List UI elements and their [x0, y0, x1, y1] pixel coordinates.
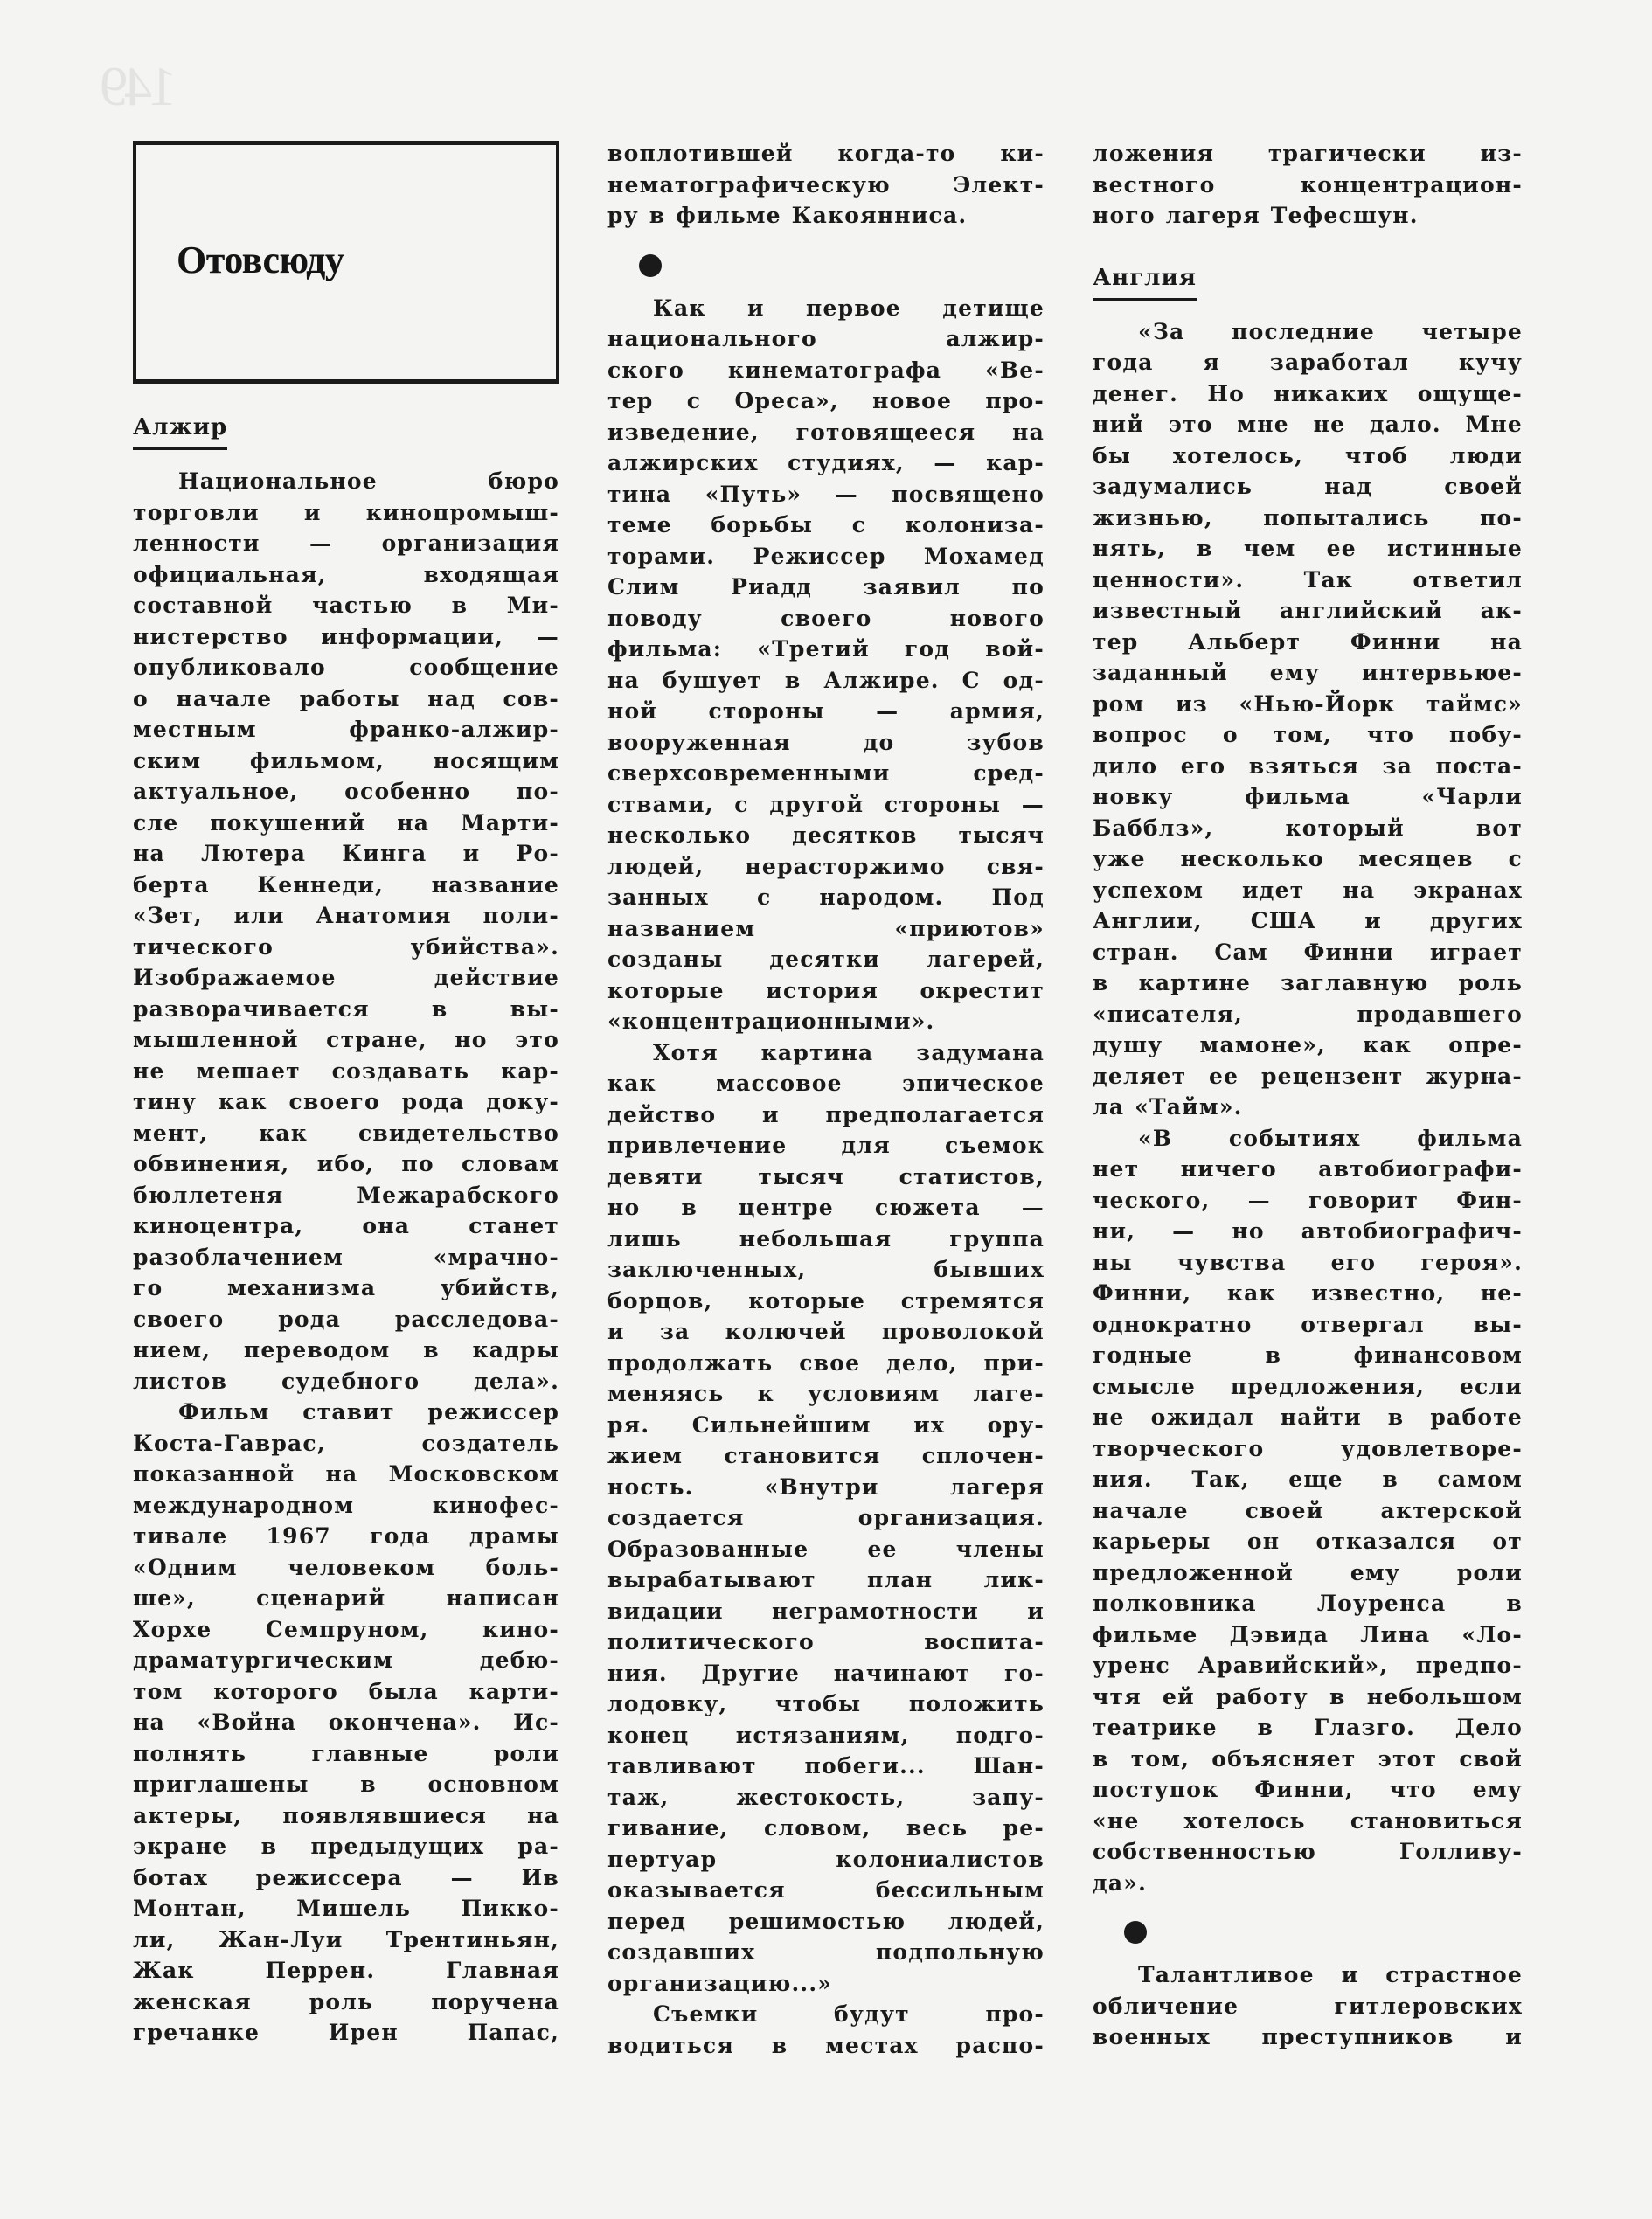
- text-line: тивале 1967 года драмы: [133, 1521, 559, 1552]
- text-line: го механизма убийств,: [133, 1272, 559, 1304]
- bleed-through-page-number: 149: [103, 54, 177, 119]
- text-line: нять, в чем ее истинные: [1093, 533, 1523, 565]
- text-line: бюллетеня Межарабского: [133, 1180, 559, 1211]
- text-line: ствами, с другой стороны —: [607, 789, 1045, 821]
- text-line: да».: [1093, 1868, 1523, 1899]
- text-line: ского кинематографа «Ве-: [607, 355, 1045, 386]
- col3-body-after-bullet: Талантливое и страстноеобличение гитлеро…: [1093, 1959, 1523, 2053]
- text-line: вестного концентрацион-: [1093, 170, 1523, 201]
- text-line: на бушует в Алжире. С од-: [607, 665, 1045, 697]
- text-line: ценности». Так ответил: [1093, 565, 1523, 596]
- text-line: Изображаемое действие: [133, 962, 559, 994]
- text-line: тина «Путь» — посвящено: [607, 479, 1045, 510]
- text-line: своего рода расследова-: [133, 1304, 559, 1335]
- text-line: Образованные ее члены: [607, 1534, 1045, 1565]
- text-line: борцов, которые стремятся: [607, 1286, 1045, 1317]
- text-line: Финни, как известно, не-: [1093, 1278, 1523, 1309]
- text-line: тину как своего рода доку-: [133, 1086, 559, 1118]
- text-line: ни, — но автобиографич-: [1093, 1216, 1523, 1247]
- text-line: ше», сценарий написан: [133, 1583, 559, 1614]
- text-line: гивание, словом, весь ре-: [607, 1813, 1045, 1844]
- text-line: которые история окрестит: [607, 975, 1045, 1007]
- text-line: международном кинофес-: [133, 1490, 559, 1522]
- text-line: в картине заглавную роль: [1093, 967, 1523, 999]
- text-line: показанной на Московском: [133, 1459, 559, 1490]
- text-line: вооруженная до зубов: [607, 727, 1045, 759]
- text-line: ной стороны — армия,: [607, 696, 1045, 727]
- text-line: «концентрационными».: [607, 1006, 1045, 1037]
- text-line: видации неграмотности и: [607, 1596, 1045, 1627]
- text-line: создается организация.: [607, 1502, 1045, 1534]
- text-line: приглашены в основном: [133, 1769, 559, 1800]
- text-line: разворачивается в вы-: [133, 994, 559, 1025]
- text-line: таж, жестокость, запу-: [607, 1782, 1045, 1813]
- text-line: людей, нерасторжимо свя-: [607, 851, 1045, 883]
- text-line: вырабатывают план лик-: [607, 1564, 1045, 1596]
- text-line: как массовое эпическое: [607, 1068, 1045, 1099]
- text-line: Как и первое детище: [607, 293, 1045, 324]
- text-line: года я заработал кучу: [1093, 347, 1523, 378]
- text-line: задумались над своей: [1093, 471, 1523, 503]
- text-line: на Лютера Кинга и Ро-: [133, 838, 559, 870]
- text-line: тавливают побеги... Шан-: [607, 1751, 1045, 1782]
- section-title: Отовсюду: [177, 238, 344, 282]
- spacer: [1093, 232, 1523, 263]
- text-line: нием, переводом в кадры: [133, 1335, 559, 1366]
- text-line: бы хотелось, чтоб люди: [1093, 440, 1523, 472]
- text-line: ния. Другие начинают го-: [607, 1658, 1045, 1689]
- text-line: о начале работы над сов-: [133, 683, 559, 715]
- text-line: привлечение для съемок: [607, 1130, 1045, 1162]
- heading-england: Англия: [1093, 263, 1197, 301]
- text-line: карьеры он отказался от: [1093, 1526, 1523, 1557]
- text-line: созданы десятки лагерей,: [607, 944, 1045, 975]
- text-line: не мешает создавать кар-: [133, 1056, 559, 1087]
- col3-top-body: ложения трагически из-вестного концентра…: [1093, 138, 1523, 232]
- text-line: сле покушений на Марти-: [133, 808, 559, 839]
- text-line: обвинения, ибо, по словам: [133, 1148, 559, 1180]
- text-line: дило его взяться за поста-: [1093, 751, 1523, 782]
- text-line: «За последние четыре: [1093, 316, 1523, 348]
- text-line: листов судебного дела».: [133, 1366, 559, 1397]
- text-line: начале своей актерской: [1093, 1495, 1523, 1527]
- text-line: официальная, входящая: [133, 559, 559, 591]
- text-line: драматургическим дебю-: [133, 1645, 559, 1676]
- text-line: торговли и кинопромыш-: [133, 497, 559, 529]
- text-line: ний это мне не дало. Мне: [1093, 409, 1523, 440]
- col2-body: Как и первое детищенационального алжир-с…: [607, 293, 1045, 2062]
- text-line: мент, как свидетельство: [133, 1118, 559, 1149]
- text-line: ря. Сильнейшим их ору-: [607, 1410, 1045, 1441]
- text-line: местным франко-алжир-: [133, 714, 559, 745]
- text-line: ли, Жан-Луи Трентиньян,: [133, 1924, 559, 1956]
- text-line: фильма: «Третий год вой-: [607, 634, 1045, 665]
- text-line: обличение гитлеровских: [1093, 1991, 1523, 2022]
- text-line: алжирских студиях, — кар-: [607, 447, 1045, 479]
- text-line: заданный ему интервьюе-: [1093, 657, 1523, 689]
- text-line: военных преступников и: [1093, 2021, 1523, 2053]
- text-line: Хотя картина задумана: [607, 1037, 1045, 1069]
- bullet-separator-icon: [1124, 1921, 1147, 1944]
- text-line: опубликовало сообщение: [133, 652, 559, 683]
- text-line: ленности — организация: [133, 528, 559, 559]
- text-line: ла «Тайм».: [1093, 1092, 1523, 1123]
- text-line: уренс Аравийский», предпо-: [1093, 1650, 1523, 1682]
- text-line: водиться в местах распо-: [607, 2030, 1045, 2062]
- text-line: женская роль поручена: [133, 1987, 559, 2018]
- text-line: стран. Сам Финни играет: [1093, 937, 1523, 968]
- text-line: заключенных, бывших: [607, 1254, 1045, 1286]
- bullet-separator-icon: [639, 254, 662, 277]
- text-line: не ожидал найти в работе: [1093, 1402, 1523, 1433]
- text-line: на «Война окончена». Ис-: [133, 1707, 559, 1738]
- text-line: но в центре сюжета —: [607, 1192, 1045, 1224]
- text-line: изведение, готовящееся на: [607, 417, 1045, 448]
- text-line: том которого была карти-: [133, 1676, 559, 1708]
- text-line: гречанке Ирен Папас,: [133, 2017, 559, 2049]
- text-line: «В событиях фильма: [1093, 1123, 1523, 1155]
- text-line: поводу своего нового: [607, 603, 1045, 634]
- text-line: Талантливое и страстное: [1093, 1959, 1523, 1991]
- text-line: составной частью в Ми-: [133, 590, 559, 621]
- text-line: нистерство информации, —: [133, 621, 559, 653]
- text-line: «писателя, продавшего: [1093, 999, 1523, 1030]
- text-line: лодовку, чтобы положить: [607, 1689, 1045, 1720]
- text-line: Бабблз», который вот: [1093, 813, 1523, 844]
- text-line: и за колючей проволокой: [607, 1316, 1045, 1348]
- column-3: ложения трагически из-вестного концентра…: [1093, 138, 1523, 2053]
- text-line: тического убийства».: [133, 932, 559, 963]
- text-line: политического воспита-: [607, 1626, 1045, 1658]
- text-line: в том, объясняет этот свой: [1093, 1744, 1523, 1775]
- text-line: денег. Но никаких ощуще-: [1093, 378, 1523, 410]
- text-line: ру в фильме Какоянниса.: [607, 200, 1045, 232]
- text-line: ложения трагически из-: [1093, 138, 1523, 170]
- text-line: пертуар колониалистов: [607, 1844, 1045, 1876]
- text-line: теме борьбы с колониза-: [607, 510, 1045, 541]
- text-line: уже несколько месяцев с: [1093, 843, 1523, 875]
- text-line: ного лагеря Тефесшун.: [1093, 200, 1523, 232]
- text-line: разоблачением «мрачно-: [133, 1242, 559, 1273]
- text-line: актеры, появлявшиеся на: [133, 1800, 559, 1832]
- text-line: воплотившей когда-то ки-: [607, 138, 1045, 170]
- text-line: ром из «Нью-Йорк таймс»: [1093, 689, 1523, 720]
- text-line: нематографическую Элект-: [607, 170, 1045, 201]
- text-line: годные в финансовом: [1093, 1340, 1523, 1371]
- text-line: несколько десятков тысяч: [607, 820, 1045, 851]
- text-line: тер с Ореса», новое про-: [607, 385, 1045, 417]
- text-line: Национальное бюро: [133, 466, 559, 497]
- text-line: деляет ее рецензент журна-: [1093, 1061, 1523, 1092]
- text-line: занных с народом. Под: [607, 882, 1045, 913]
- text-line: Фильм ставит режиссер: [133, 1397, 559, 1428]
- text-line: предложенной ему роли: [1093, 1557, 1523, 1589]
- text-line: «Одним человеком боль-: [133, 1552, 559, 1584]
- text-line: ческого, — говорит Фин-: [1093, 1185, 1523, 1217]
- text-line: меняясь к условиям лаге-: [607, 1378, 1045, 1410]
- text-line: Хорхе Семпруном, кино-: [133, 1614, 559, 1646]
- text-line: успехом идет на экранах: [1093, 875, 1523, 906]
- text-line: вопрос о том, что побу-: [1093, 719, 1523, 751]
- col2-top-body: воплотившей когда-то ки-нематографическу…: [607, 138, 1045, 232]
- text-line: смысле предложения, если: [1093, 1371, 1523, 1403]
- text-line: экране в предыдущих ра-: [133, 1831, 559, 1862]
- text-line: жием становится сплочен-: [607, 1440, 1045, 1472]
- text-line: Монтан, Мишель Пикко-: [133, 1893, 559, 1924]
- text-line: ность. «Внутри лагеря: [607, 1472, 1045, 1503]
- text-line: киноцентра, она станет: [133, 1210, 559, 1242]
- col3-body: «За последние четырегода я заработал куч…: [1093, 316, 1523, 1899]
- text-line: Коста-Гаврас, создатель: [133, 1428, 559, 1460]
- text-line: театрике в Глазго. Дело: [1093, 1712, 1523, 1744]
- text-line: конец истязаниям, подго-: [607, 1720, 1045, 1751]
- text-line: берта Кеннеди, название: [133, 870, 559, 901]
- text-line: Англии, США и других: [1093, 905, 1523, 937]
- text-line: сверхсовременными сред-: [607, 758, 1045, 789]
- column-2: воплотившей когда-то ки-нематографическу…: [607, 138, 1045, 2061]
- text-line: нет ничего автобиографи-: [1093, 1154, 1523, 1185]
- column-1: Алжир Национальное бюроторговли и кинопр…: [133, 413, 559, 2049]
- col1-body: Национальное бюроторговли и кинопромыш-л…: [133, 466, 559, 2049]
- text-line: ским фильмом, носящим: [133, 745, 559, 777]
- text-line: «Зет, или Анатомия поли-: [133, 900, 559, 932]
- text-line: национального алжир-: [607, 323, 1045, 355]
- text-line: торами. Режиссер Мохамед: [607, 541, 1045, 572]
- text-line: душу мамоне», как опре-: [1093, 1030, 1523, 1061]
- text-line: чтя ей работу в небольшом: [1093, 1682, 1523, 1713]
- text-line: жизнью, попытались по-: [1093, 503, 1523, 534]
- text-line: новку фильма «Чарли: [1093, 781, 1523, 813]
- text-line: актуальное, особенно по-: [133, 776, 559, 808]
- text-line: продолжать свое дело, при-: [607, 1348, 1045, 1379]
- text-line: собственностью Голливу-: [1093, 1836, 1523, 1868]
- text-line: полнять главные роли: [133, 1738, 559, 1770]
- text-line: однократно отвергал вы-: [1093, 1309, 1523, 1341]
- text-line: полковника Лоуренса в: [1093, 1588, 1523, 1619]
- text-line: Слим Риадд заявил по: [607, 572, 1045, 603]
- text-line: действо и предполагается: [607, 1099, 1045, 1131]
- text-line: мышленной стране, но это: [133, 1024, 559, 1056]
- text-line: «не хотелось становиться: [1093, 1806, 1523, 1837]
- text-line: организацию...»: [607, 1968, 1045, 2000]
- text-line: девяти тысяч статистов,: [607, 1162, 1045, 1193]
- text-line: ны чувства его героя».: [1093, 1247, 1523, 1279]
- text-line: ботах режиссера — Ив: [133, 1862, 559, 1894]
- text-line: Съемки будут про-: [607, 1999, 1045, 2030]
- heading-algeria: Алжир: [133, 413, 227, 450]
- text-line: творческого удовлетворе-: [1093, 1433, 1523, 1465]
- text-line: лишь небольшая группа: [607, 1224, 1045, 1255]
- text-line: перед решимостью людей,: [607, 1906, 1045, 1938]
- section-title-box: Отовсюду: [133, 141, 559, 384]
- text-line: оказывается бессильным: [607, 1875, 1045, 1906]
- text-line: поступок Финни, что ему: [1093, 1774, 1523, 1806]
- text-line: создавших подпольную: [607, 1937, 1045, 1968]
- text-line: фильме Дэвида Лина «Ло-: [1093, 1619, 1523, 1651]
- text-line: названием «приютов»: [607, 913, 1045, 945]
- text-line: ния. Так, еще в самом: [1093, 1464, 1523, 1495]
- text-line: известный английский ак-: [1093, 595, 1523, 627]
- text-line: тер Альберт Финни на: [1093, 627, 1523, 658]
- text-line: Жак Перрен. Главная: [133, 1955, 559, 1987]
